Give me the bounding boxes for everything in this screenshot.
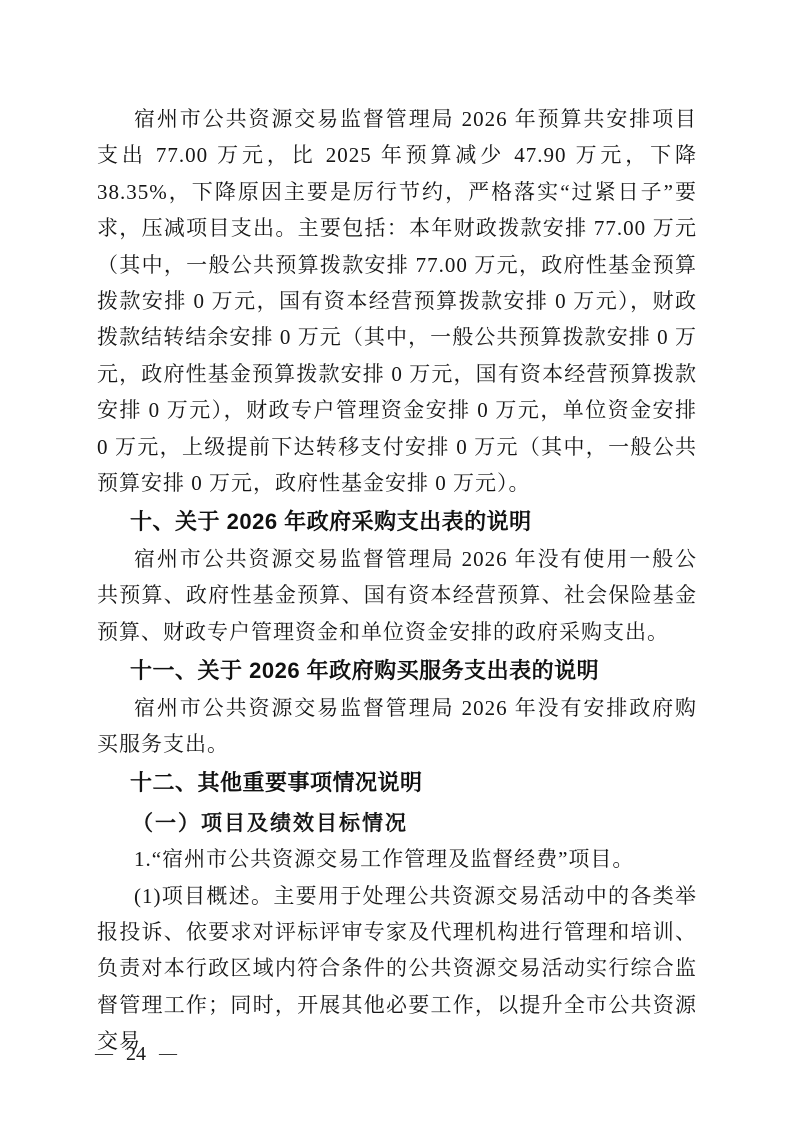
heading-section-11: 十一、关于 2026 年政府购买服务支出表的说明	[97, 653, 697, 689]
document-page: 宿州市公共资源交易监督管理局 2026 年预算共安排项目支出 77.00 万元，…	[0, 0, 793, 1122]
footer-dash-right: —	[159, 1039, 177, 1067]
paragraph-section-11: 宿州市公共资源交易监督管理局 2026 年没有安排政府购买服务支出。	[97, 690, 697, 763]
paragraph-project-1-title: 1.“宿州市公共资源交易工作管理及监督经费”项目。	[97, 841, 697, 877]
paragraph-project-1-overview: (1)项目概述。主要用于处理公共资源交易活动中的各类举报投诉、依要求对评标评审专…	[97, 878, 697, 1060]
document-body: 宿州市公共资源交易监督管理局 2026 年预算共安排项目支出 77.00 万元，…	[97, 101, 697, 1060]
subheading-project-performance: （一）项目及绩效目标情况	[97, 805, 697, 841]
heading-section-10: 十、关于 2026 年政府采购支出表的说明	[97, 504, 697, 540]
heading-section-12: 十二、其他重要事项情况说明	[97, 765, 697, 801]
page-footer: — 24 —	[95, 1040, 177, 1068]
page-number: 24	[126, 1040, 146, 1068]
paragraph-budget-summary: 宿州市公共资源交易监督管理局 2026 年预算共安排项目支出 77.00 万元，…	[97, 101, 697, 501]
paragraph-section-10: 宿州市公共资源交易监督管理局 2026 年没有使用一般公共预算、政府性基金预算、…	[97, 541, 697, 650]
footer-dash-left: —	[95, 1039, 113, 1067]
